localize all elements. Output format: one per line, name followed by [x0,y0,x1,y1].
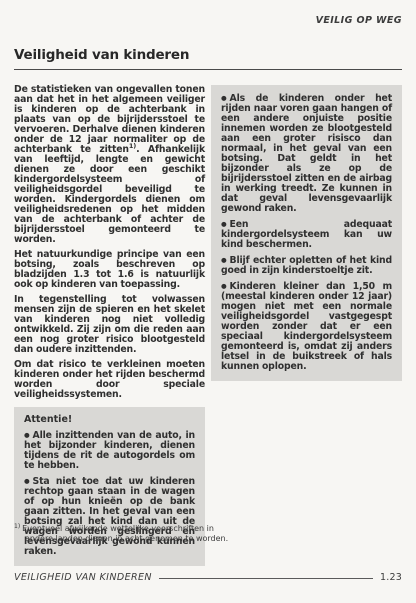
info-item-text: Kinderen kleiner dan 1,50 m (meestal kin… [221,281,392,372]
page-content: VEILIG OP WEG Veiligheid van kinderen De… [0,15,416,566]
attention-item: ●Alle inzittenden van de auto, in het bi… [24,430,195,471]
info-item: ●Kinderen kleiner dan 1,50 m (meestal ki… [221,281,392,372]
footnote: 1)Eventueel afwijkende wettelijke voorsc… [14,524,230,543]
paragraph-protection: Om dat risico te verkleinen moeten kinde… [14,360,205,400]
left-column: De statistieken van ongevallen tonen aan… [14,85,205,566]
paragraph-physics: Het natuurkundige principe van een botsi… [14,250,205,290]
bullet-icon: ● [221,93,227,103]
bullet-icon: ● [221,219,227,229]
paragraph-text: . Afhankelijk van leeftijd, lengte en ge… [14,144,205,245]
info-item: ●Als de kinderen onder het rijden naar v… [221,93,392,214]
running-header: VEILIG OP WEG [14,15,402,26]
bullet-icon: ● [24,430,30,440]
page-footer: VEILIGHEID VAN KINDEREN 1.23 [14,572,402,583]
running-header-label: VEILIG OP WEG [316,15,402,26]
footnote-marker: 1) [14,523,20,530]
footnote-text: Eventueel afwijkende wettelijke voorschr… [22,524,228,543]
footer-page-number: 1.23 [380,572,402,583]
info-item-text: Een adequaat kindergordelsysteem kan uw … [221,219,392,250]
attention-item-text: Alle inzittenden van de auto, in het bij… [24,430,195,471]
bullet-icon: ● [221,281,227,291]
info-item-text: Blijf echter opletten of het kind goed i… [221,255,392,276]
bullet-icon: ● [24,476,30,486]
info-box: ●Als de kinderen onder het rijden naar v… [211,85,402,381]
manual-page: VEILIG OP WEG Veiligheid van kinderen De… [0,0,416,603]
info-item-text: Als de kinderen onder het rijden naar vo… [221,93,392,214]
paragraph-children-risk: In tegenstelling tot volwassen mensen zi… [14,295,205,355]
footer-section-label: VEILIGHEID VAN KINDEREN [14,572,152,583]
two-column-layout: De statistieken van ongevallen tonen aan… [14,85,402,566]
info-item: ●Een adequaat kindergordelsysteem kan uw… [221,219,392,250]
footer-rule [159,578,373,579]
page-title: Veiligheid van kinderen [14,47,402,70]
footnote-reference: 1) [129,142,136,150]
paragraph-statistics: De statistieken van ongevallen tonen aan… [14,85,205,245]
attention-heading: Attentie! [24,415,195,425]
bullet-icon: ● [221,255,227,265]
attention-item: ●Sta niet toe dat uw kinderen rechtop ga… [24,476,195,557]
info-item: ●Blijf echter opletten of het kind goed … [221,255,392,276]
attention-item-text: Sta niet toe dat uw kinderen rechtop gaa… [24,476,195,557]
